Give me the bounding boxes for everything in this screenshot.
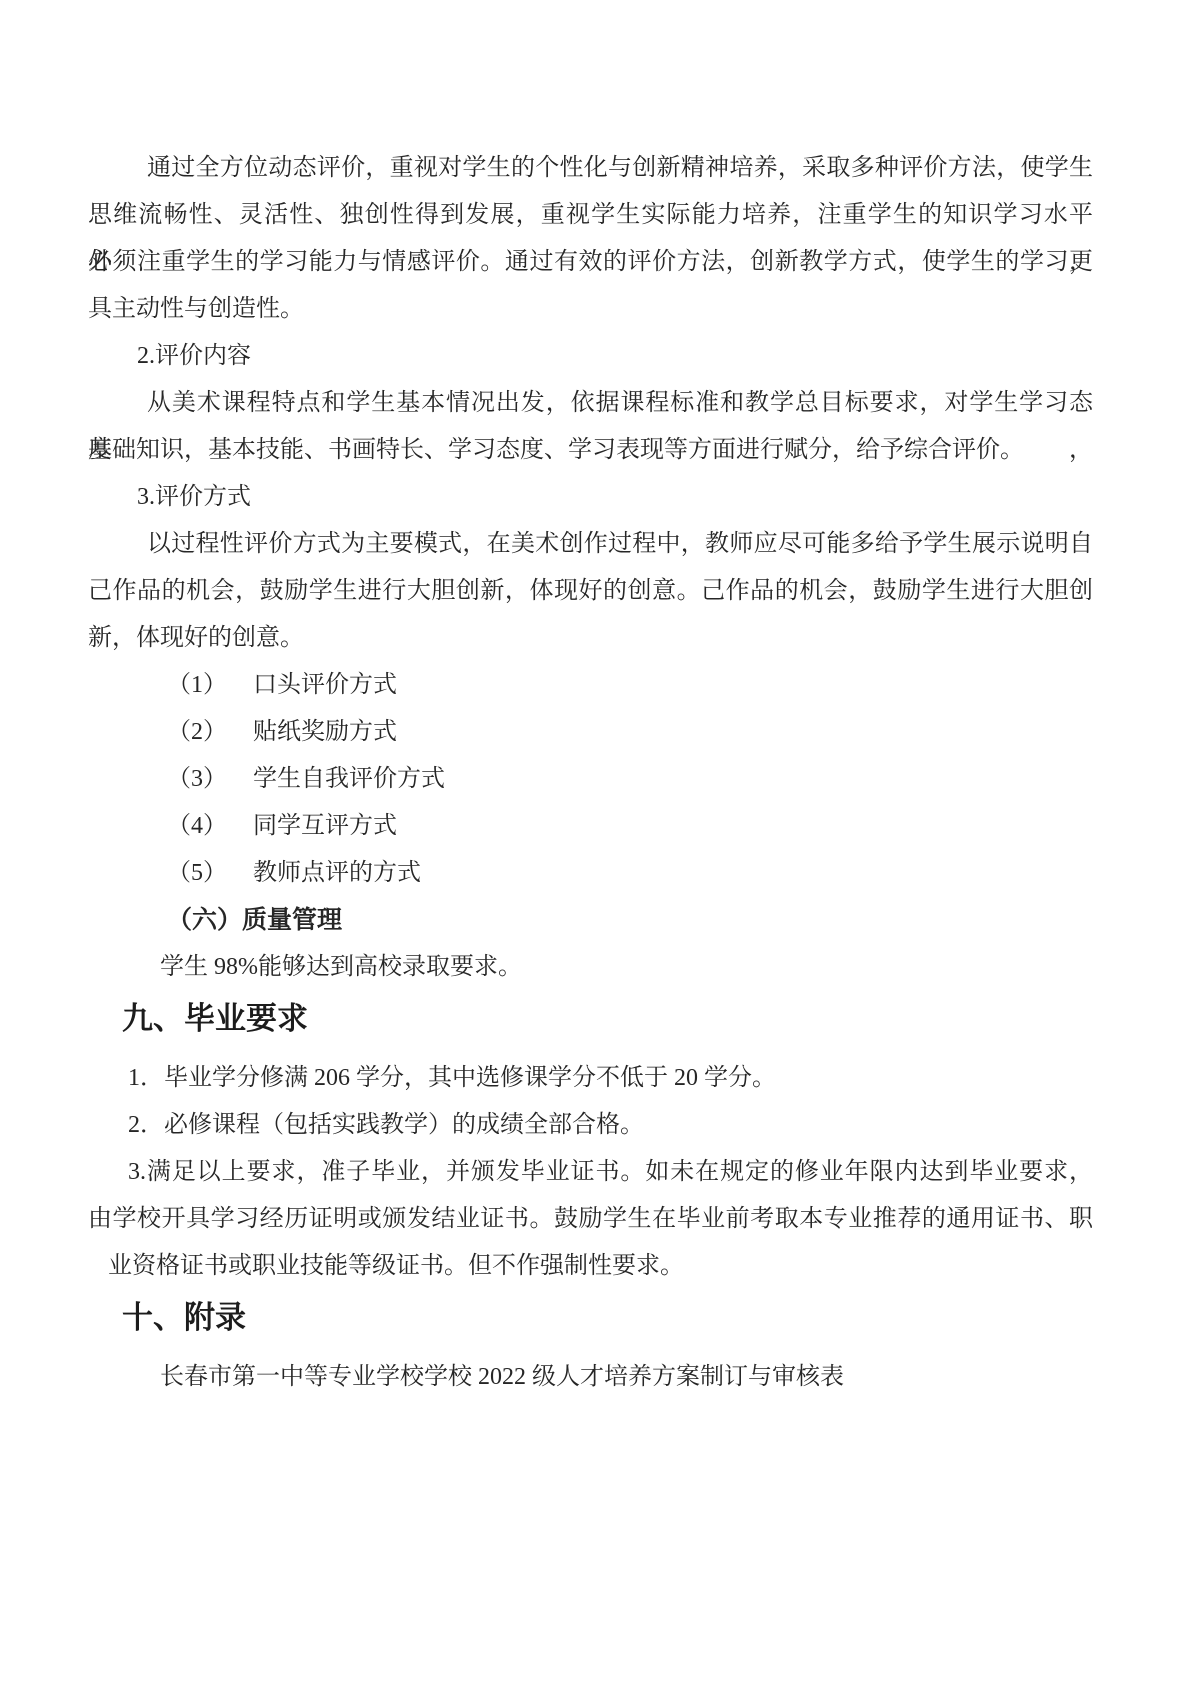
list-item-number: （2）	[167, 709, 227, 756]
para1-line1: 通过全方位动态评价，重视对学生的个性化与创新精神培养，采取多种评价方法，使学生	[88, 145, 1093, 192]
para2-line1: 从美术课程特点和学生基本情况出发，依据课程标准和教学总目标要求，对学生学习态度，	[88, 380, 1093, 427]
para1-line4: 具主动性与创造性。	[88, 286, 1093, 333]
para3-line3: 新，体现好的创意。	[88, 615, 1093, 662]
section-heading-graduation-requirements: 九、毕业要求	[88, 991, 1093, 1047]
subheading-quality-management: （六）质量管理	[88, 897, 1093, 944]
list-item-4: （4）同学互评方式	[88, 803, 1093, 850]
para1-line2: 思维流畅性、灵活性、独创性得到发展，重视学生实际能力培养，注重学生的知识学习水平…	[88, 192, 1093, 239]
list-item-number: （1）	[167, 662, 227, 709]
list-item-5: （5）教师点评的方式	[88, 850, 1093, 897]
grad-requirement-3-line1: 3.满足以上要求，准子毕业，并颁发毕业证书。如未在规定的修业年限内达到毕业要求，	[88, 1149, 1093, 1196]
para3-line2: 己作品的机会，鼓励学生进行大胆创新，体现好的创意。己作品的机会，鼓励学生进行大胆…	[88, 568, 1093, 615]
list-item-label: 学生自我评价方式	[253, 756, 445, 803]
list-item-label: 口头评价方式	[253, 662, 397, 709]
grad-requirement-3-line3: 业资格证书或职业技能等级证书。但不作强制性要求。	[88, 1243, 1093, 1290]
list-item-number: （3）	[167, 756, 227, 803]
list-item-3: （3）学生自我评价方式	[88, 756, 1093, 803]
section-heading-appendix: 十、附录	[88, 1290, 1093, 1346]
list-item-number: （5）	[167, 850, 227, 897]
para1-line3: 必须注重学生的学习能力与情感评价。通过有效的评价方法，创新教学方式，使学生的学习…	[88, 239, 1093, 286]
subheading-eval-content: 2.评价内容	[88, 333, 1093, 380]
list-item-2: （2）贴纸奖励方式	[88, 709, 1093, 756]
grad-requirement-3-line2: 由学校开具学习经历证明或颁发结业证书。鼓励学生在毕业前考取本专业推荐的通用证书、…	[88, 1196, 1093, 1243]
para3-line1: 以过程性评价方式为主要模式，在美术创作过程中，教师应尽可能多给予学生展示说明自	[88, 521, 1093, 568]
list-item-1: （1）口头评价方式	[88, 662, 1093, 709]
appendix-table-title: 长春市第一中等专业学校学校 2022 级人才培养方案制订与审核表	[88, 1354, 1093, 1401]
subheading-eval-method: 3.评价方式	[88, 474, 1093, 521]
list-item-label: 贴纸奖励方式	[253, 709, 397, 756]
document-page: 通过全方位动态评价，重视对学生的个性化与创新精神培养，采取多种评价方法，使学生 …	[0, 0, 1199, 1696]
list-item-label: 同学互评方式	[253, 803, 397, 850]
quality-statement: 学生 98%能够达到高校录取要求。	[88, 944, 1093, 991]
list-item-label: 教师点评的方式	[253, 850, 421, 897]
grad-requirement-2: 2．必修课程（包括实践教学）的成绩全部合格。	[88, 1102, 1093, 1149]
list-item-number: （4）	[167, 803, 227, 850]
grad-requirement-1: 1．毕业学分修满 206 学分，其中选修课学分不低于 20 学分。	[88, 1055, 1093, 1102]
para2-line2: 基础知识，基本技能、书画特长、学习态度、学习表现等方面进行赋分，给予综合评价。	[88, 427, 1093, 474]
